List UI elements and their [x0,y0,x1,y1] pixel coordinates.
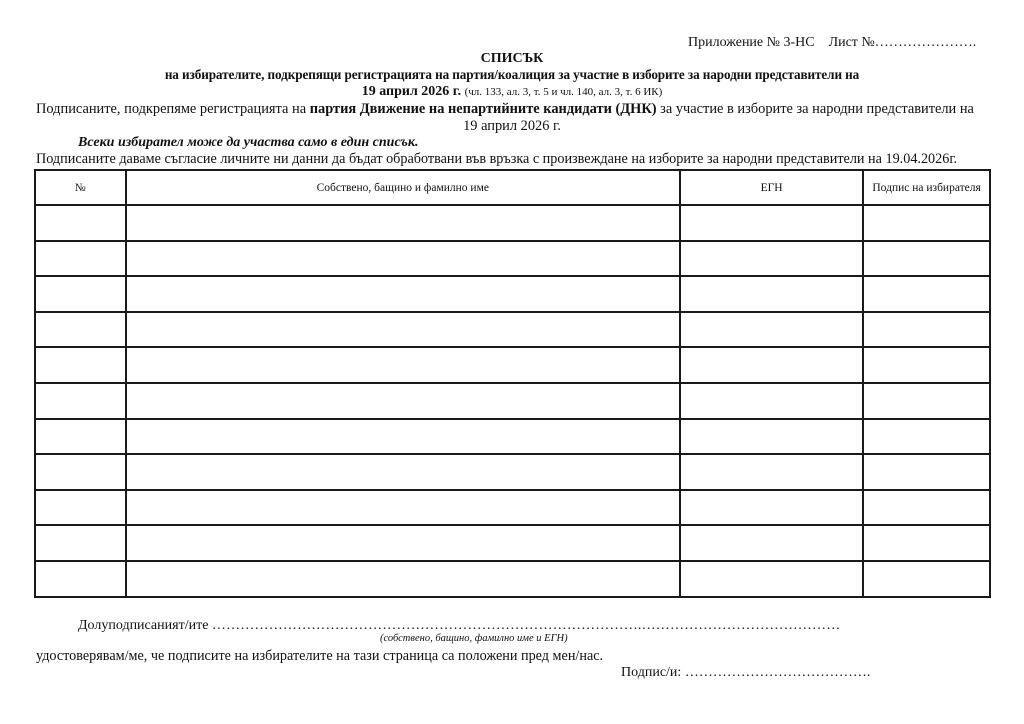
egn-cell[interactable] [680,383,863,419]
signature-cell[interactable] [863,419,990,455]
sheet-number-field[interactable]: Лист №…………………. [829,35,977,50]
table-row [35,490,990,526]
egn-cell[interactable] [680,490,863,526]
row-number-cell[interactable] [35,347,126,383]
party-name: партия Движение на непартийните кандидат… [310,101,657,117]
egn-cell[interactable] [680,454,863,490]
document-subtitle: на избирателите, подкрепящи регистрацият… [0,67,1024,83]
name-cell[interactable] [126,525,680,561]
signature-cell[interactable] [863,561,990,597]
signature-cell[interactable] [863,241,990,277]
signature-cell[interactable] [863,347,990,383]
undersigned-label: Долуподписаният/ите [78,618,208,633]
egn-cell[interactable] [680,241,863,277]
egn-cell[interactable] [680,525,863,561]
name-cell[interactable] [126,312,680,348]
column-header-egn: ЕГН [680,170,863,205]
table-row [35,312,990,348]
egn-cell[interactable] [680,312,863,348]
support-prefix: Подписаните, подкрепяме регистрацията на [36,101,310,117]
name-cell[interactable] [126,347,680,383]
voter-rows [35,205,990,597]
egn-cell[interactable] [680,347,863,383]
name-cell[interactable] [126,419,680,455]
table-row [35,205,990,241]
signature-cell[interactable] [863,525,990,561]
legal-reference: (чл. 133, ал. 3, т. 5 и чл. 140, ал. 3, … [465,86,663,98]
signature-cell[interactable] [863,205,990,241]
row-number-cell[interactable] [35,561,126,597]
name-cell[interactable] [126,205,680,241]
name-cell[interactable] [126,276,680,312]
certification-statement: удостоверявам/ме, че подписите на избира… [36,648,603,665]
row-number-cell[interactable] [35,241,126,277]
table-header-row: № Собствено, бащино и фамилно име ЕГН По… [35,170,990,205]
table-row [35,454,990,490]
row-number-cell[interactable] [35,490,126,526]
name-cell[interactable] [126,561,680,597]
voter-table: № Собствено, бащино и фамилно име ЕГН По… [34,169,991,598]
signature-cell[interactable] [863,312,990,348]
name-cell[interactable] [126,454,680,490]
row-number-cell[interactable] [35,205,126,241]
support-date: 19 април 2026 г. [0,118,1024,135]
signature-cell[interactable] [863,383,990,419]
egn-cell[interactable] [680,205,863,241]
election-date: 19 април 2026 г. [362,84,461,99]
signature-cell[interactable] [863,276,990,312]
table-row [35,383,990,419]
name-cell[interactable] [126,241,680,277]
row-number-cell[interactable] [35,419,126,455]
undersigned-line: Долуподписаният/ите ……………………………………………………… [78,618,840,634]
egn-cell[interactable] [680,419,863,455]
undersigned-hint: (собствено, бащино, фамилно име и ЕГН) [380,633,568,644]
signature-cell[interactable] [863,490,990,526]
support-statement: Подписаните, подкрепяме регистрацията на… [36,101,974,118]
signature-field[interactable]: …………………………………. [685,665,871,680]
data-consent-statement: Подписаните даваме съгласие личните ни д… [36,151,957,168]
row-number-cell[interactable] [35,454,126,490]
table-row [35,419,990,455]
signature-label: Подпис/и: [621,665,681,680]
single-list-notice: Всеки избирател може да участва само в е… [78,135,418,151]
signature-cell[interactable] [863,454,990,490]
table-row [35,347,990,383]
egn-cell[interactable] [680,276,863,312]
election-date-line: 19 април 2026 г. (чл. 133, ал. 3, т. 5 и… [0,84,1024,100]
row-number-cell[interactable] [35,525,126,561]
support-suffix: за участие в изборите за народни предста… [657,101,974,117]
row-number-cell[interactable] [35,383,126,419]
undersigned-field[interactable]: ……………………………………………………………………………….………………………… [212,618,841,633]
document-title: СПИСЪК [0,51,1024,67]
column-header-signature: Подпис на избирателя [863,170,990,205]
table-row [35,561,990,597]
row-number-cell[interactable] [35,276,126,312]
signature-line: Подпис/и: …………………………………. [621,665,870,681]
column-header-name: Собствено, бащино и фамилно име [126,170,680,205]
table-row [35,241,990,277]
egn-cell[interactable] [680,561,863,597]
appendix-number: Приложение № 3-НС [688,35,815,50]
table-row [35,276,990,312]
name-cell[interactable] [126,383,680,419]
table-row [35,525,990,561]
name-cell[interactable] [126,490,680,526]
row-number-cell[interactable] [35,312,126,348]
appendix-label: Приложение № 3-НС Лист №…………………. [688,35,976,51]
column-header-number: № [35,170,126,205]
